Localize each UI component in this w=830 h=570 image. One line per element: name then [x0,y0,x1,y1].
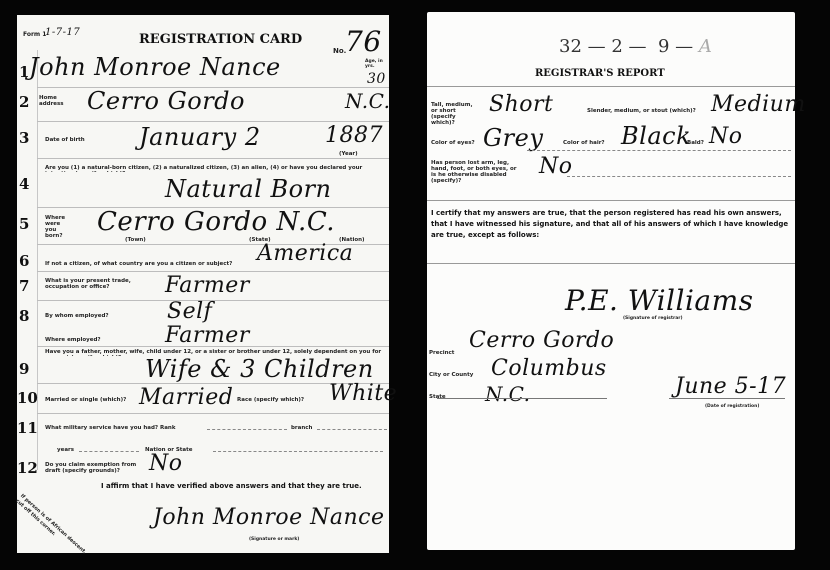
height-value: Short [489,92,553,117]
field-number-9: 9 [19,360,29,378]
name-value: John Monroe Nance [29,53,281,81]
field-number-4: 4 [19,175,29,193]
occupation-label: What is your present trade, occupation o… [45,278,135,290]
hair-color-label: Color of hair? [563,140,605,146]
serial-part-3: 9 [658,36,669,57]
foreign-citizen-value: America [257,241,353,266]
occupation-value: Farmer [165,273,250,298]
registration-date-caption: (Date of registration) [705,404,759,409]
height-label: Tall, medium, or short (specify which)? [431,102,479,126]
serial-part-1: 32 [559,36,582,57]
age-value: 30 [367,71,386,87]
field-number-7: 7 [19,277,29,295]
corner-cut-instruction: If person is of African descent, cut off… [14,493,90,564]
field-number-10: 10 [17,389,38,407]
home-state-value: N.C. [345,89,391,113]
birth-date-label: Date of birth [45,137,85,143]
employer-value: Self [167,299,212,324]
marital-status-label: Married or single (which)? [45,397,126,403]
race-value: White [329,381,397,406]
military-branch-label: branch [291,425,312,431]
card-number: 76 [345,25,382,58]
registration-date-value: June 5-17 [675,374,786,399]
precinct-label: Precinct [429,350,454,356]
foreign-citizen-label: If not a citizen, of what country are yo… [45,261,232,267]
eye-color-value: Grey [483,124,543,152]
field-number-6: 6 [19,252,29,270]
affirmation-text: I affirm that I have verified above answ… [101,482,362,490]
age-label: Age, in yrs. [365,59,387,69]
registrar-report-title: REGISTRAR'S REPORT [535,68,665,79]
home-address-value: Cerro Gordo [87,87,245,115]
disability-label: Has person lost arm, leg, hand, foot, or… [431,160,521,184]
marital-status-value: Married [139,385,233,410]
card-title: REGISTRATION CARD [139,32,302,47]
race-label: Race (specify which)? [237,397,304,403]
state-value: N.C. [485,382,531,406]
state-label: State [429,394,446,400]
field-number-8: 8 [19,307,29,325]
build-label: Slender, medium, or stout (which)? [587,108,696,114]
military-service-label: What military service have you had? Rank [45,425,176,431]
serial-part-2: 2 [611,36,622,57]
registrant-signature-caption: (Signature or mark) [249,537,299,542]
field-number-2: 2 [19,93,29,111]
birth-year-label: (Year) [339,151,358,157]
serial-part-4: A [699,36,712,57]
registrant-signature: John Monroe Nance [153,505,385,530]
registrar-signature: P.E. Williams [565,284,754,317]
form-label: Form 1 [23,31,46,38]
precinct-value: Cerro Gordo [469,328,614,353]
field-number-12: 12 [17,459,38,477]
county-label: City or County [429,372,473,378]
eye-color-label: Color of eyes? [431,140,475,146]
field-number-11: 11 [17,419,38,437]
registration-card-back: 32 — 2 — 9 — A REGISTRAR'S REPORT Tall, … [427,12,795,550]
bald-label: Bald? [687,140,704,146]
registration-card-front: Form 1 1-7-17 REGISTRATION CARD No. 76 1… [17,15,389,553]
dependents-value: Wife & 3 Children [145,355,374,383]
exemption-value: No [149,451,183,476]
certification-text: I certify that my answers are true, that… [431,208,789,241]
build-value: Medium [711,92,806,117]
form-annotation: 1-7-17 [45,27,80,38]
employer-label: By whom employed? [45,313,109,319]
field-number-3: 3 [19,129,29,147]
birthplace-town-label: (Town) [125,237,146,243]
military-years-label: years [57,447,74,453]
employment-place-value: Farmer [165,323,250,348]
registrar-signature-caption: (Signature of registrar) [623,316,683,321]
citizenship-label: Are you (1) a natural-born citizen, (2) … [45,165,389,172]
birth-date-value: January 2 [139,123,261,151]
hair-color-value: Black [621,122,691,150]
county-value: Columbus [491,356,607,381]
bald-value: No [709,124,743,149]
serial-number: 32 — 2 — 9 — A [559,36,712,57]
birthplace-value: Cerro Gordo N.C. [97,207,335,237]
employment-place-label: Where employed? [45,337,101,343]
field-number-5: 5 [19,215,29,233]
home-address-label: Home address [39,95,61,107]
citizenship-value: Natural Born [165,175,332,203]
birthplace-label: Where were you born? [45,215,73,239]
field-number-1: 1 [19,63,29,81]
birth-year-value: 1887 [325,123,383,148]
exemption-label: Do you claim exemption from draft (speci… [45,462,145,474]
